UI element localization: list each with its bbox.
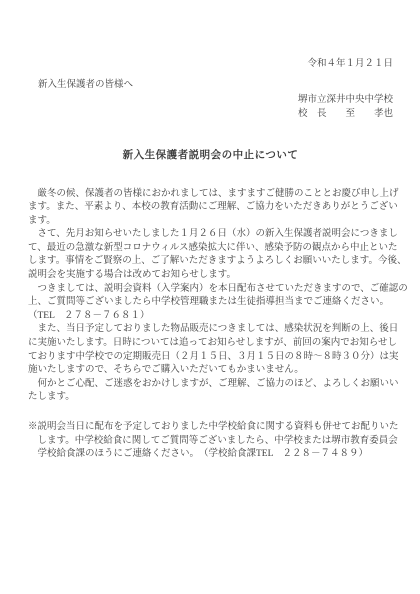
sender-block: 堺市立深井中央中学校 校 長 至 孝也 <box>28 94 393 121</box>
note-line: 学校給食課のほうにご連絡ください。 （学校給食課TEL ２２８－７４８９） <box>28 448 393 462</box>
sender-principal: 校 長 至 孝也 <box>28 108 393 122</box>
body-line: 上、ご質問等ございましたら中学校管理職または生徒指導担当までご連絡ください。 <box>28 296 393 310</box>
body-line: （TEL ２７８－７６８１） <box>28 310 393 324</box>
body-line: て、最近の急激な新型コロナウィルス感染拡大に伴い、感染予防の観点から中止といた <box>28 242 393 256</box>
document-page: 令和４年１月２１日 新入生保護者の皆様へ 堺市立深井中央中学校 校 長 至 孝也… <box>0 0 420 594</box>
body-line: さて、先月お知らせいたしました１月２６日（水）の新入生保護者説明会につきまし <box>28 228 393 242</box>
body-line: たします。 <box>28 391 393 405</box>
footnote: ※説明会当日に配布を予定しておりました中学校給食に関する資料も併せてお配りいた … <box>28 421 393 462</box>
body-line: つきましては、説明会資料（入学案内）を本日配布させていただきますので、ご確認の <box>28 283 393 297</box>
body-line: ております中学校での定期販売日（２月１５日、３月１５日の８時～８時３０分）は実 <box>28 351 393 365</box>
body-line: に実施いたします。日時については追ってお知らせしますが、前回の案内でお知らせし <box>28 337 393 351</box>
body-line: また、当日予定しておりました物品販売につきましては、感染状況を判断の上、後日 <box>28 323 393 337</box>
sender-school-name: 堺市立深井中央中学校 <box>28 94 393 108</box>
body-line: 説明会を実施する場合は改めてお知らせします。 <box>28 269 393 283</box>
body-line: 施いたしますので、そちらでご購入いただいてもかまいません。 <box>28 364 393 378</box>
letter-date: 令和４年１月２１日 <box>28 58 393 72</box>
body-line: 厳冬の候、保護者の皆様におかれましては、ますますご健勝のこととお慶び申し上げ <box>28 188 393 202</box>
note-line: ※説明会当日に配布を予定しておりました中学校給食に関する資料も併せてお配りいた <box>28 421 393 435</box>
body-line: ます。 <box>28 215 393 229</box>
letter-title: 新入生保護者説明会の中止について <box>28 149 393 163</box>
body-line: ます。また、平素より、本校の教育活動にご理解、ご協力をいただきありがとうござい <box>28 201 393 215</box>
letter-addressee: 新入生保護者の皆様へ <box>28 79 393 93</box>
body-line: します。事情をご賢察の上、ご了解いただきますようよろしくお願いいたします。今後、 <box>28 255 393 269</box>
letter-body: 厳冬の候、保護者の皆様におかれましては、ますますご健勝のこととお慶び申し上げ ま… <box>28 188 393 406</box>
note-line: します。中学校給食に関してご質問等ございましたら、中学校または堺市教育委員会 <box>28 435 393 449</box>
body-line: 何かとご心配、ご迷惑をおかけしますが、ご理解、ご協力のほど、よろしくお願いい <box>28 378 393 392</box>
